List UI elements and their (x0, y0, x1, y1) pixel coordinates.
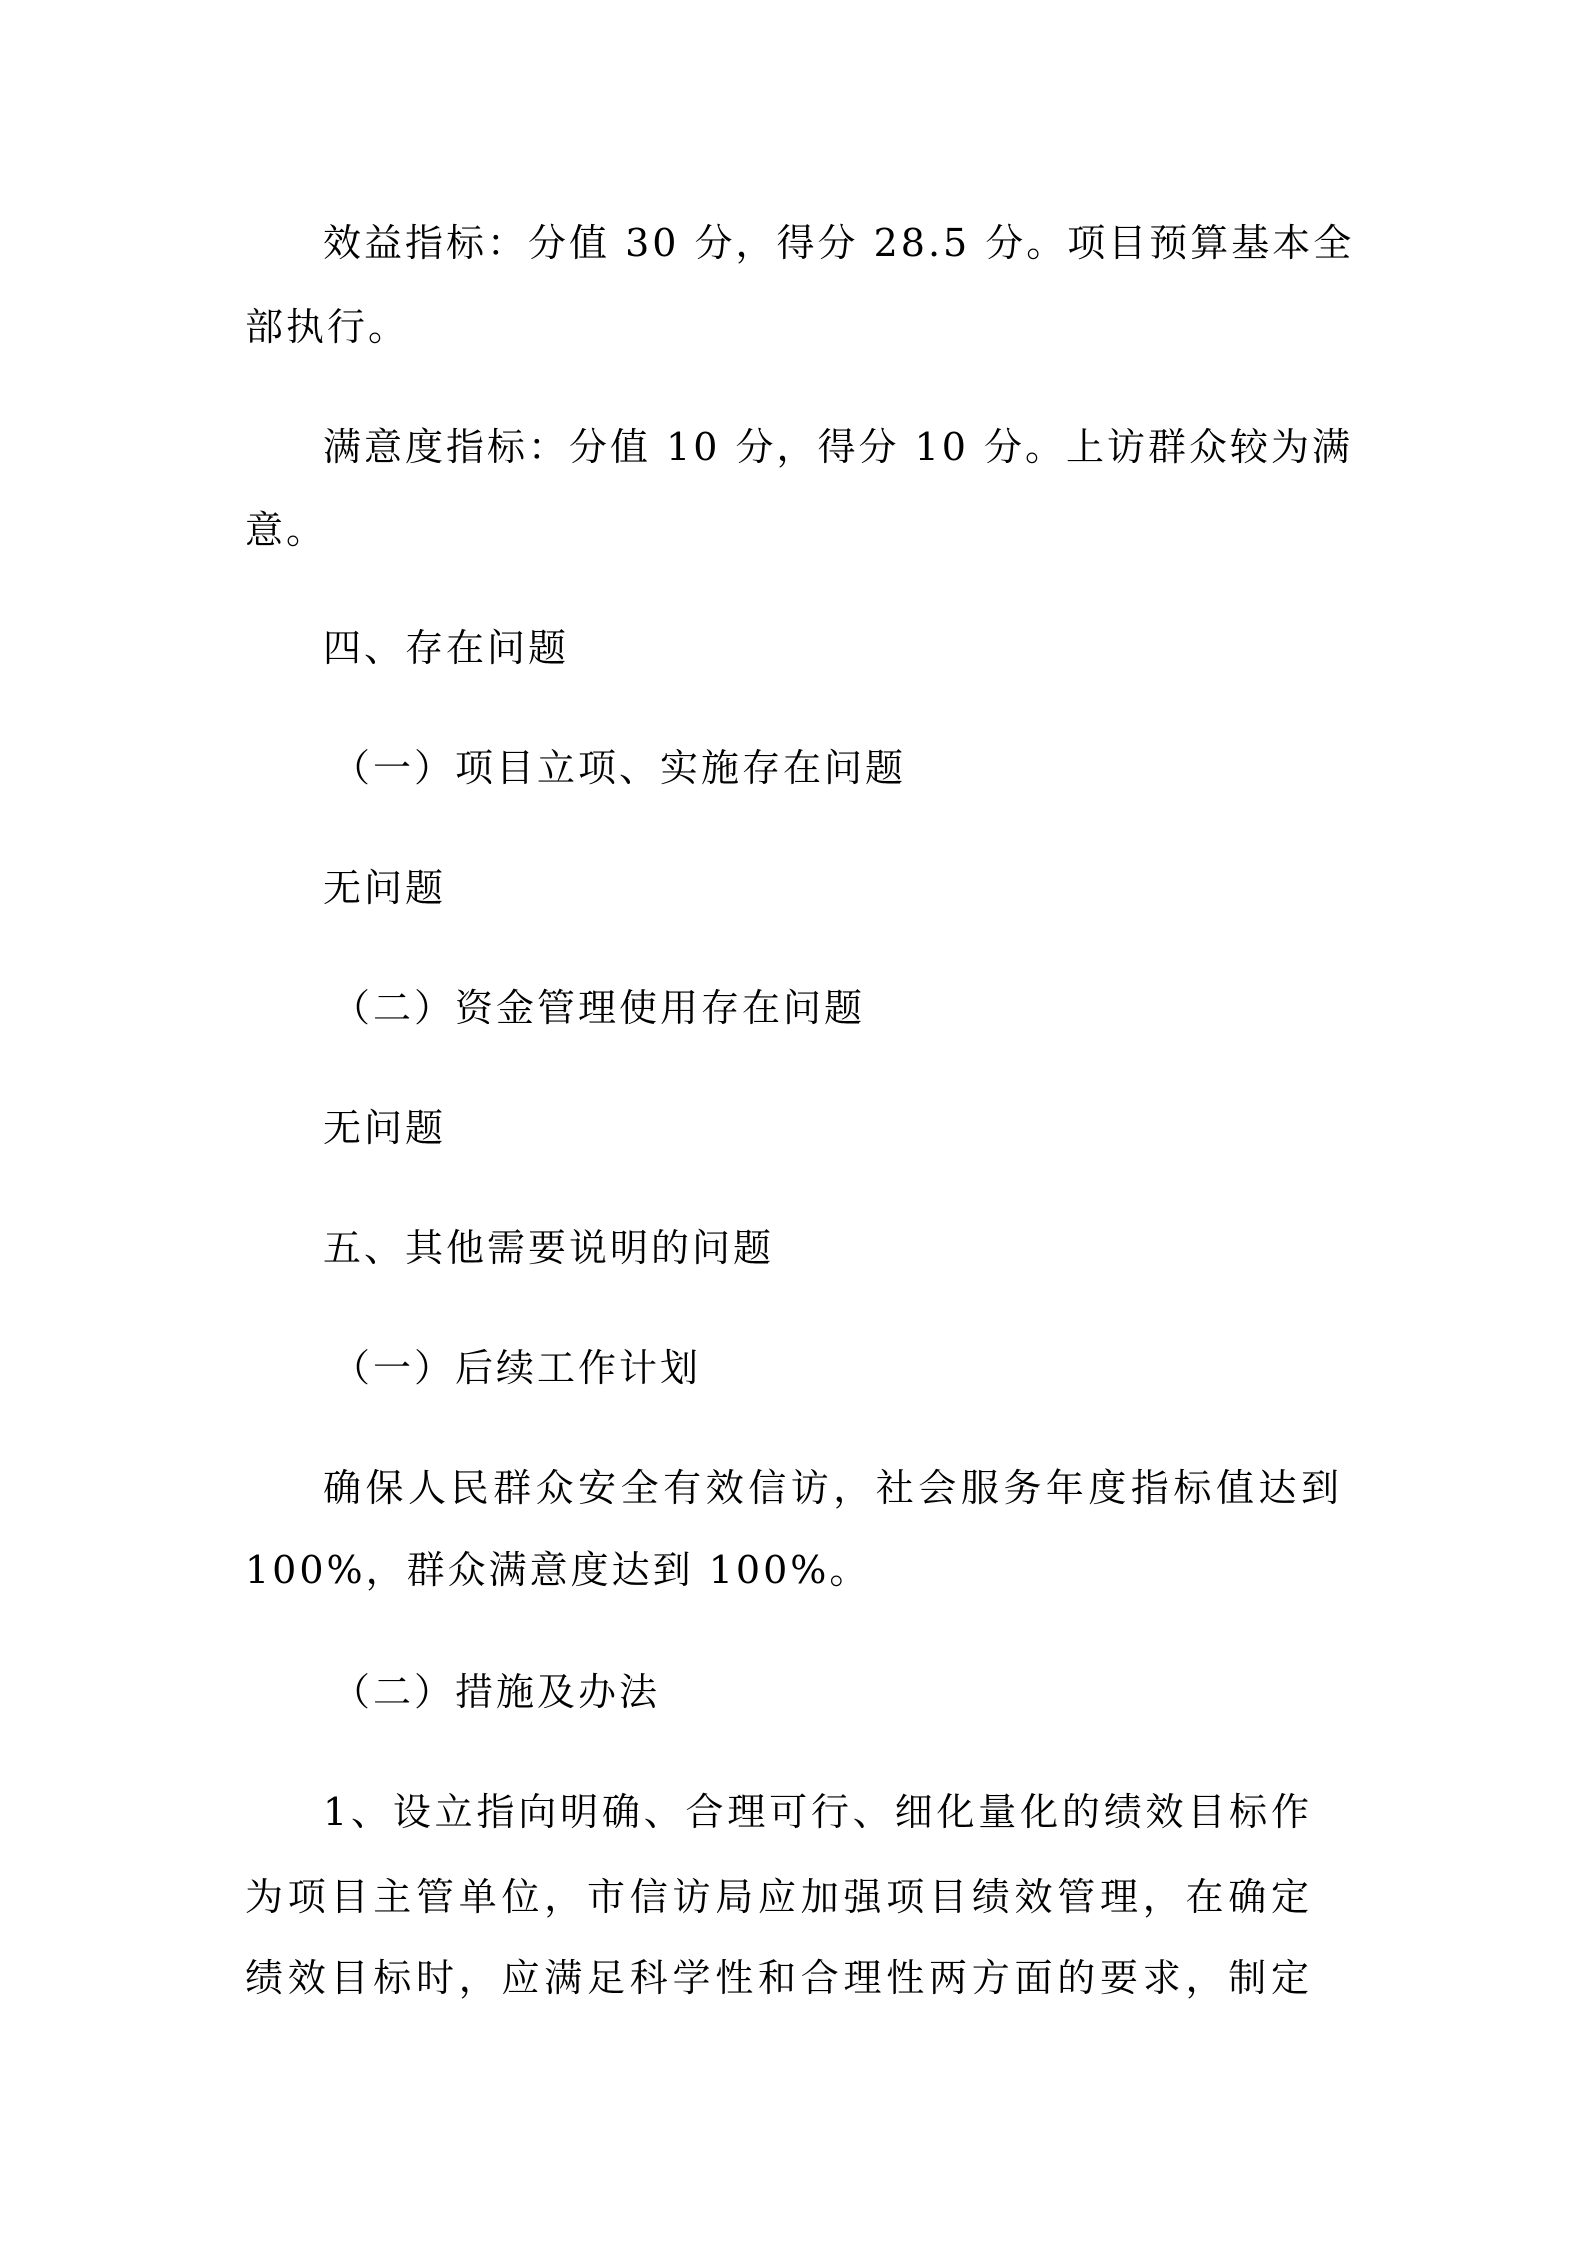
benefit-indicator-line-1: 效益指标：分值 30 分，得分 28.5 分。项目预算基本全 (323, 213, 1342, 273)
section-4-2-body: 无问题 (323, 1098, 446, 1158)
section-5-2-item-1-line-1: 1、设立指向明确、合理可行、细化量化的绩效目标作 (323, 1782, 1312, 1842)
section-5-2-item-1-line-3: 绩效目标时，应满足科学性和合理性两方面的要求，制定 (245, 1948, 1312, 2008)
section-4-1-heading: （一）项目立项、实施存在问题 (332, 738, 906, 798)
section-4-heading: 四、存在问题 (323, 618, 569, 678)
section-5-heading: 五、其他需要说明的问题 (323, 1218, 774, 1278)
section-5-2-heading: （二）措施及办法 (332, 1662, 660, 1722)
section-5-1-body-line-2: 100%，群众满意度达到 100%。 (245, 1540, 870, 1600)
section-4-2-heading: （二）资金管理使用存在问题 (332, 978, 865, 1038)
benefit-indicator-line-2: 部执行。 (245, 297, 409, 357)
section-5-2-item-1-line-2: 为项目主管单位，市信访局应加强项目绩效管理，在确定 (245, 1867, 1312, 1927)
section-5-1-heading: （一）后续工作计划 (332, 1338, 701, 1398)
section-4-1-body: 无问题 (323, 858, 446, 918)
section-5-1-body-line-1: 确保人民群众安全有效信访，社会服务年度指标值达到 (323, 1458, 1342, 1518)
document-page: 效益指标：分值 30 分，得分 28.5 分。项目预算基本全 部执行。 满意度指… (0, 0, 1588, 2246)
satisfaction-indicator-line-2: 意。 (245, 500, 327, 560)
satisfaction-indicator-line-1: 满意度指标：分值 10 分，得分 10 分。上访群众较为满 (323, 417, 1342, 477)
